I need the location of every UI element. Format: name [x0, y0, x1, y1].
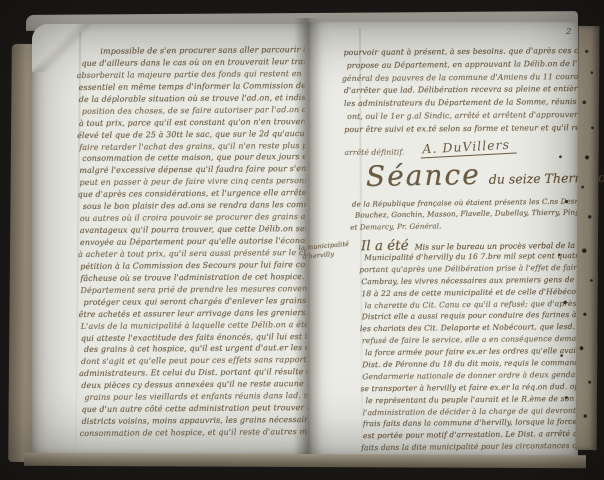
right-page-paragraph: pourvoir quant à présent, à ses besoins.… [344, 45, 587, 157]
closing-text: arrêté définitif. [344, 147, 404, 157]
foxing-speckles [552, 140, 576, 420]
page-number: 2 [566, 27, 571, 37]
handwritten-line: consommation de cet hospice, et qu'il re… [80, 426, 308, 440]
body-lead: Il a été [361, 238, 409, 252]
heading-word: Séance [366, 158, 481, 193]
signature: A. DuVillers [420, 136, 516, 158]
closing-line: arrêté définitif. A. DuVillers [344, 135, 586, 157]
fore-edge [576, 26, 600, 450]
manuscript-scan: impossible de s'en procurer sans aller p… [0, 0, 604, 480]
page-stack-bottom-edge [24, 453, 586, 468]
handwritten-line: pour être suivi et ex.té selon sa forme … [344, 122, 586, 137]
left-page-text: impossible de s'en procurer sans aller p… [78, 44, 307, 440]
handwritten-line: faits dans la dite municipalité pour les… [361, 440, 593, 454]
